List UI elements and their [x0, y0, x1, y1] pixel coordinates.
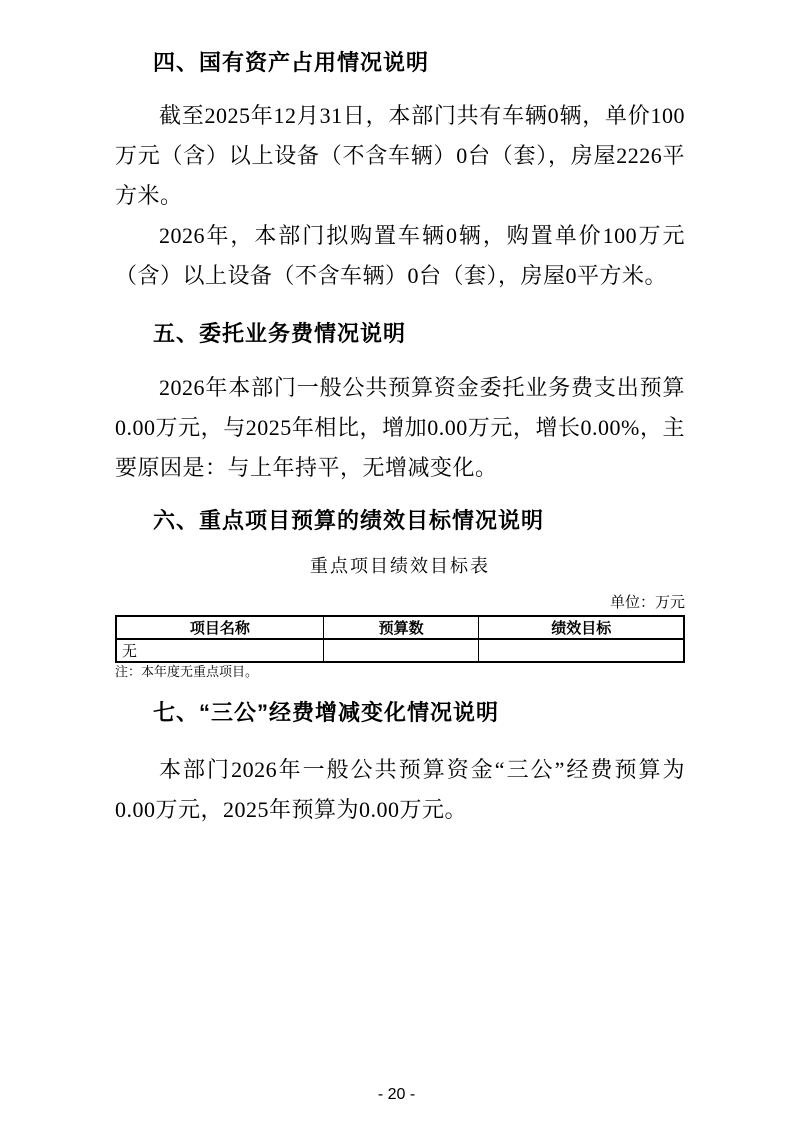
section-7-heading: 七、“三公”经费增减变化情况说明: [115, 701, 685, 725]
performance-table-title: 重点项目绩效目标表: [115, 554, 685, 578]
table-row: 无: [116, 639, 684, 662]
table-note: 注：本年度无重点项目。: [115, 664, 685, 680]
section-4-paragraph-1: 截至2025年12月31日，本部门共有车辆0辆，单价100万元（含）以上设备（不…: [115, 96, 685, 216]
document-page: 四、国有资产占用情况说明 截至2025年12月31日，本部门共有车辆0辆，单价1…: [0, 0, 793, 1122]
table-header-project-name: 项目名称: [116, 616, 323, 639]
table-unit-label: 单位：万元: [115, 593, 685, 613]
table-header-row: 项目名称 预算数 绩效目标: [116, 616, 684, 639]
section-4-paragraph-2: 2026年，本部门拟购置车辆0辆，购置单价100万元（含）以上设备（不含车辆）0…: [115, 216, 685, 296]
page-content: 四、国有资产占用情况说明 截至2025年12月31日，本部门共有车辆0辆，单价1…: [115, 0, 685, 830]
table-header-budget-amount: 预算数: [323, 616, 479, 639]
table-cell-project-name: 无: [116, 639, 323, 662]
section-6-heading: 六、重点项目预算的绩效目标情况说明: [115, 509, 685, 533]
table-cell-performance-target: [479, 639, 684, 662]
section-5-paragraph-1: 2026年本部门一般公共预算资金委托业务费支出预算0.00万元，与2025年相比…: [115, 368, 685, 488]
performance-target-table: 项目名称 预算数 绩效目标 无: [115, 615, 685, 663]
page-number: - 20 -: [0, 1086, 793, 1104]
table-header-performance-target: 绩效目标: [479, 616, 684, 639]
section-5-heading: 五、委托业务费情况说明: [115, 322, 685, 346]
table-cell-budget-amount: [323, 639, 479, 662]
section-4-heading: 四、国有资产占用情况说明: [115, 51, 685, 75]
section-7-paragraph-1: 本部门2026年一般公共预算资金“三公”经费预算为0.00万元，2025年预算为…: [115, 750, 685, 830]
